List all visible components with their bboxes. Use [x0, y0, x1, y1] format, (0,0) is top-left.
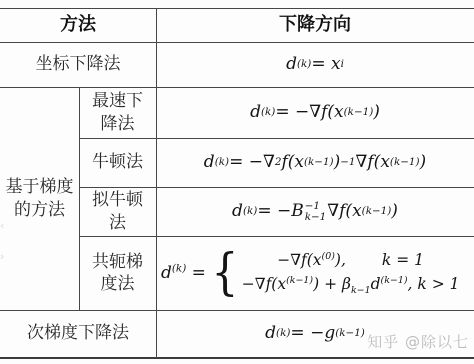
- row-newton-formula: d(k) = −∇2f(x(k−1))−1∇f(x(k−1)): [156, 138, 474, 187]
- edge-artifact-1: ‹: [0, 220, 4, 231]
- row-coordinate-formula: d(k) = xi: [156, 42, 474, 87]
- row-subgradient-label: 次梯度下降法: [0, 310, 156, 357]
- row-conjugate-label: 共轭梯 度法: [79, 236, 156, 310]
- case-line-2: −∇f(x(k−1)) + βk−1d(k−1), k > 1: [242, 272, 460, 299]
- row-quasi-newton-formula: d(k) = −B−1k−1∇f(x(k−1)): [156, 187, 474, 236]
- zhihu-watermark: 知乎 @除以七: [367, 331, 469, 352]
- descent-methods-table: 方法 下降方向 坐标下降法 d(k) = xi 基于梯度 的方法 最速下 降法 …: [0, 0, 474, 364]
- case-brace: {: [211, 249, 238, 297]
- edge-artifact-2: ›: [0, 251, 4, 262]
- header-method: 方法: [0, 8, 156, 42]
- row-newton-label: 牛顿法: [79, 138, 156, 187]
- table-bottom-border: [0, 357, 474, 359]
- row-quasi-newton-label: 拟牛顿 法: [79, 187, 156, 236]
- case-line-1-cond: k = 1: [382, 248, 424, 272]
- row-conjugate-formula: d(k) = { −∇f(x(0)), k = 1 −∇f(x(k−1)) + …: [156, 236, 474, 310]
- conjugate-prefix: d(k) =: [161, 262, 206, 284]
- header-direction: 下降方向: [156, 8, 474, 42]
- case-line-1-expr: −∇f(x(0)),: [277, 248, 346, 272]
- row-steepest-label: 最速下 降法: [79, 87, 156, 138]
- case-line-1: −∇f(x(0)), k = 1: [242, 248, 460, 272]
- case-lines: −∇f(x(0)), k = 1 −∇f(x(k−1)) + βk−1d(k−1…: [242, 248, 460, 299]
- row-coordinate-label: 坐标下降法: [0, 42, 156, 87]
- gradient-group-label: 基于梯度 的方法: [0, 87, 79, 310]
- row-steepest-formula: d(k) = −∇f(x(k−1)): [156, 87, 474, 138]
- conjugate-case-expression: d(k) = { −∇f(x(0)), k = 1 −∇f(x(k−1)) + …: [161, 248, 459, 299]
